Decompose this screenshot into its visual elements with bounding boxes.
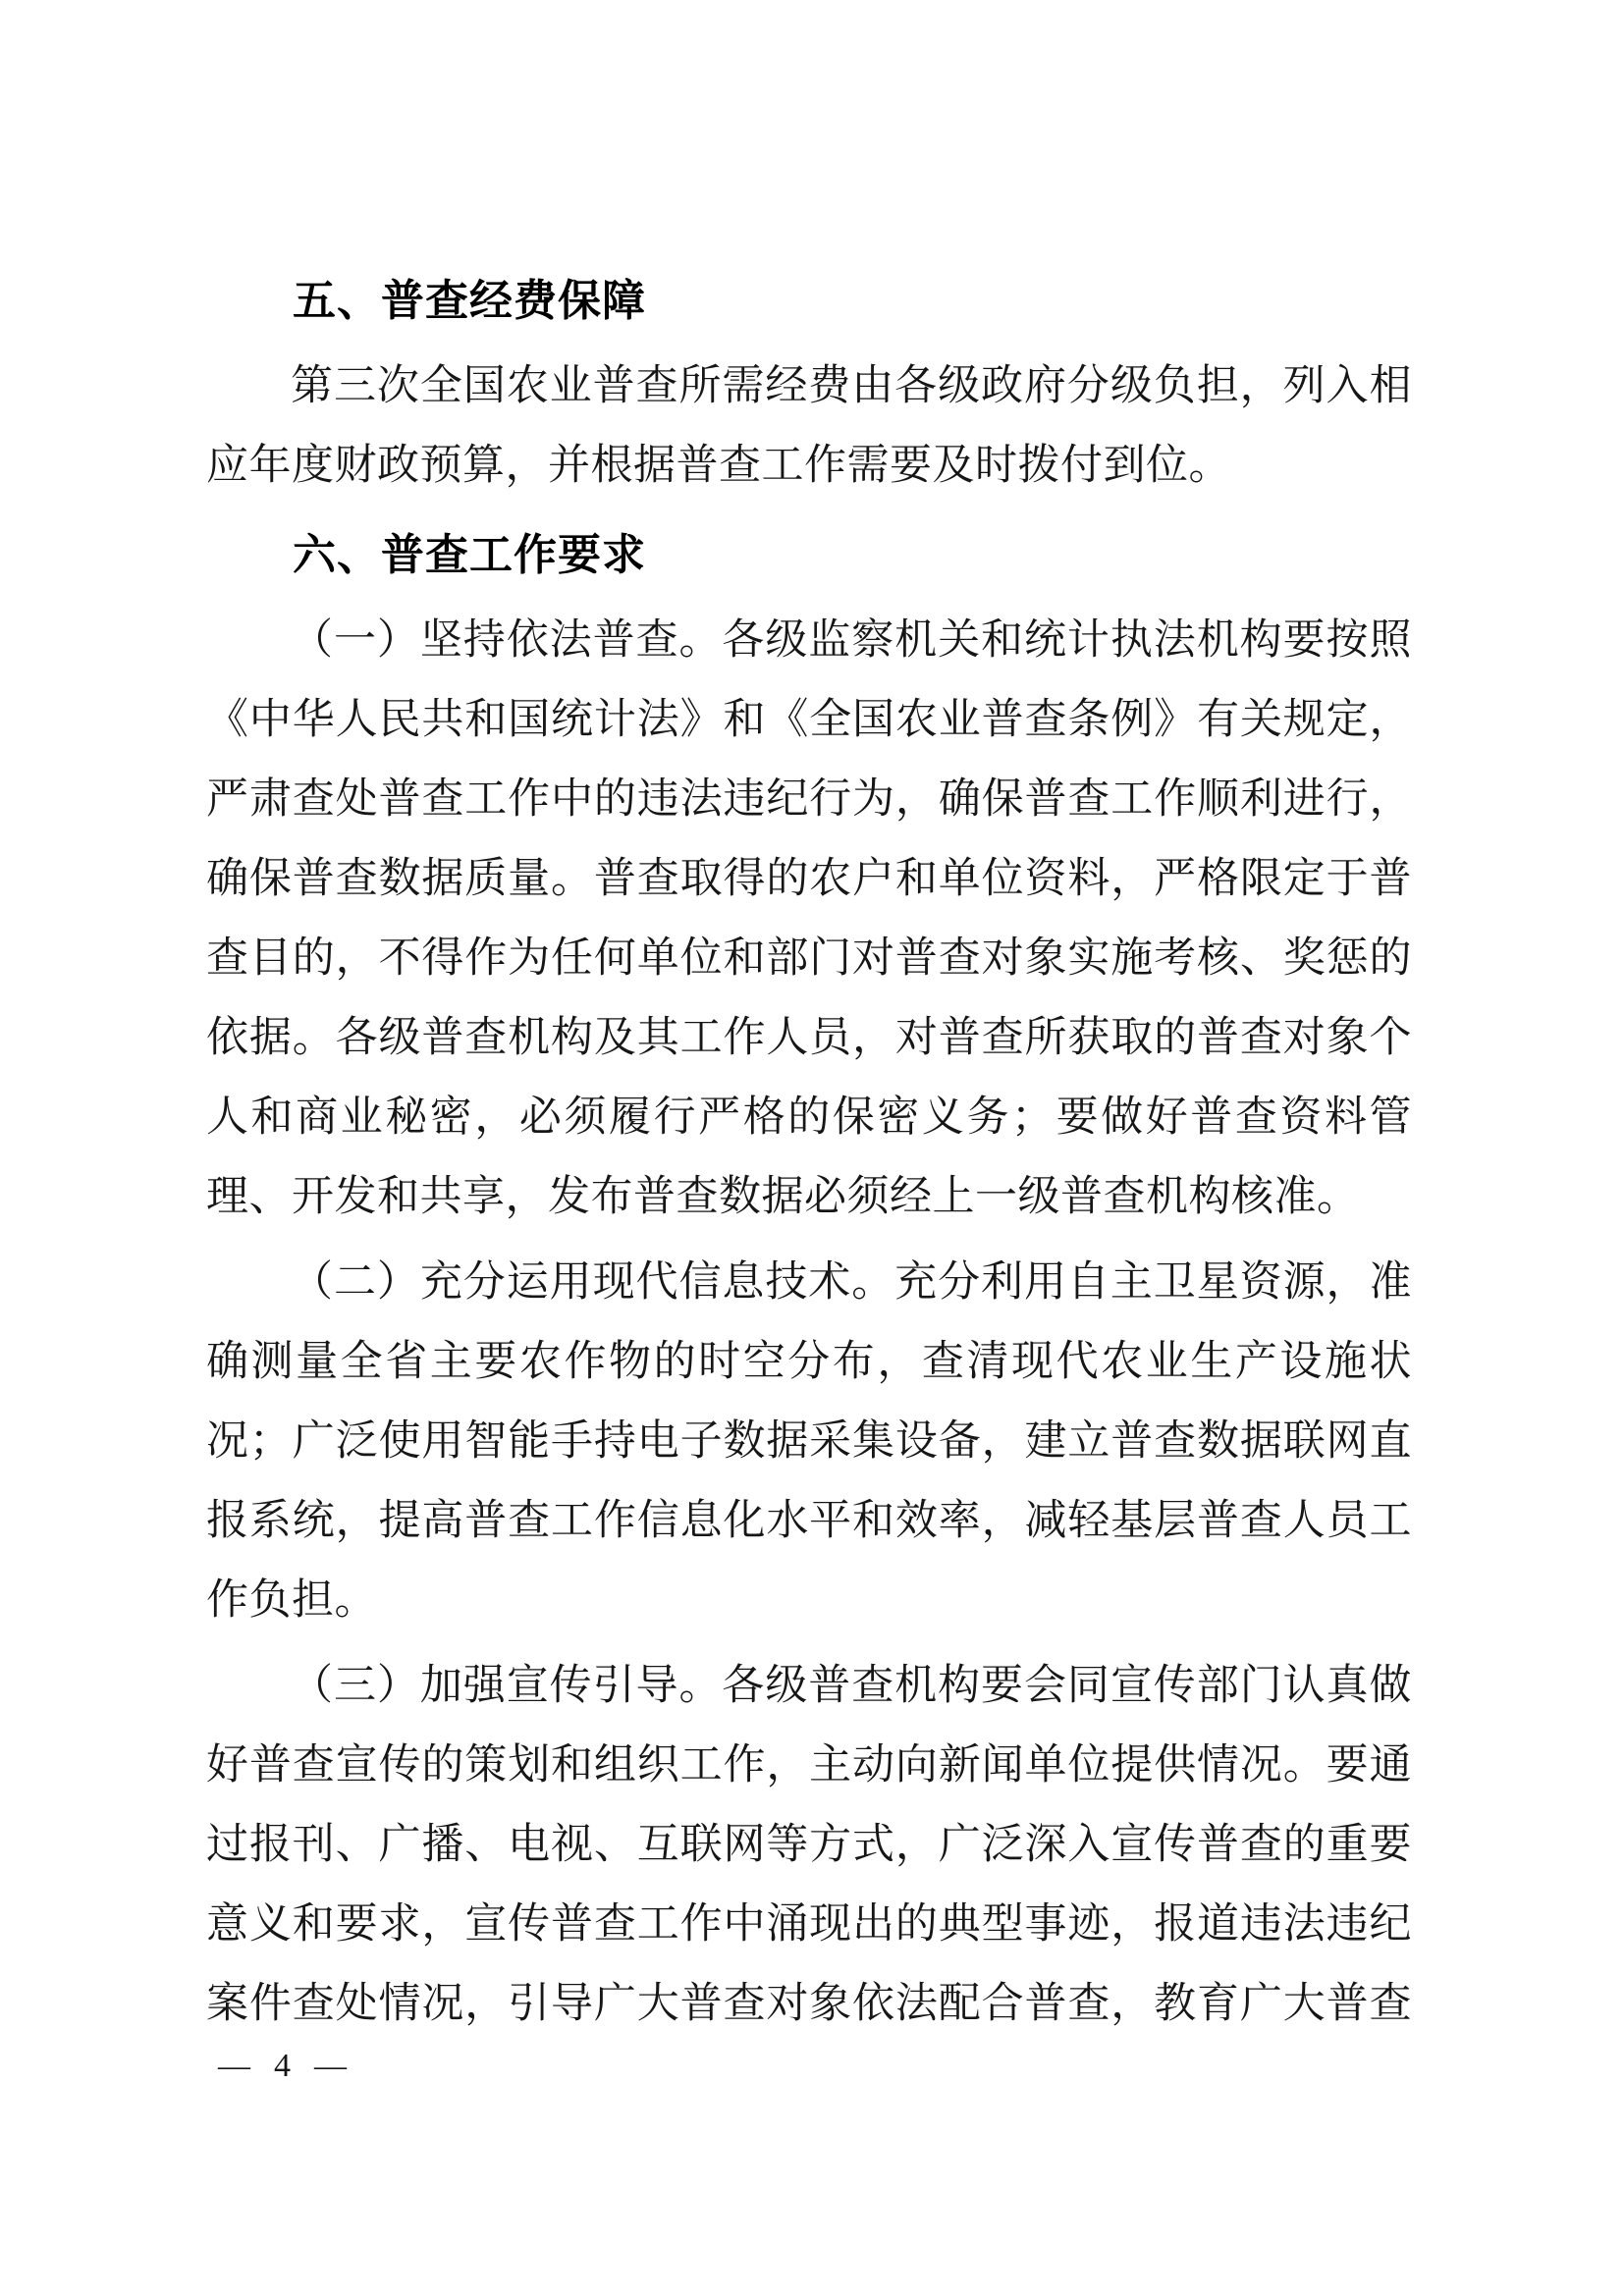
text-line: （一）坚持依法普查。各级监察机关和统计执法机构要按照: [206, 601, 1412, 680]
text-line: 意义和要求，宣传普查工作中涌现出的典型事迹，报道违法违纪: [206, 1885, 1412, 1964]
text-line: 理、开发和共享，发布普查数据必须经上一级普查机构核准。: [206, 1157, 1412, 1237]
text-line: 确保普查数据质量。普查取得的农户和单位资料，严格限定于普: [206, 839, 1412, 919]
text-line: 过报刊、广播、电视、互联网等方式，广泛深入宣传普查的重要: [206, 1805, 1412, 1885]
text-line: 人和商业秘密，必须履行严格的保密义务；要做好普查资料管: [206, 1078, 1412, 1157]
text-line: 作负担。: [206, 1561, 1412, 1640]
text-line: 报系统，提高普查工作信息化水平和效率，减轻基层普查人员工: [206, 1481, 1412, 1561]
footer-dash-left: —: [218, 2049, 250, 2085]
document-body: 五、普查经费保障第三次全国农业普查所需经费由各级政府分级负担，列入相应年度财政预…: [206, 261, 1412, 2044]
text-line: （二）充分运用现代信息技术。充分利用自主卫星资源，准: [206, 1243, 1412, 1322]
paragraph: （二）充分运用现代信息技术。充分利用自主卫星资源，准确测量全省主要农作物的时空分…: [206, 1243, 1412, 1640]
page-footer: — 4 —: [218, 2048, 347, 2085]
text-line: 况；广泛使用智能手持电子数据采集设备，建立普查数据联网直: [206, 1402, 1412, 1481]
text-line: 第三次全国农业普查所需经费由各级政府分级负担，列入相: [206, 347, 1412, 426]
text-line: 案件查处情况，引导广大普查对象依法配合普查，教育广大普查: [206, 1964, 1412, 2044]
paragraph: （一）坚持依法普查。各级监察机关和统计执法机构要按照《中华人民共和国统计法》和《…: [206, 601, 1412, 1237]
text-line: 好普查宣传的策划和组织工作，主动向新闻单位提供情况。要通: [206, 1726, 1412, 1805]
footer-dash-right: —: [314, 2049, 347, 2085]
text-line: 《中华人民共和国统计法》和《全国农业普查条例》有关规定，: [206, 680, 1412, 760]
page-number: 4: [274, 2048, 291, 2085]
document-page: 五、普查经费保障第三次全国农业普查所需经费由各级政府分级负担，列入相应年度财政预…: [0, 0, 1624, 2296]
text-line: 依据。各级普查机构及其工作人员，对普查所获取的普查对象个: [206, 998, 1412, 1078]
text-line: 严肃查处普查工作中的违法违纪行为，确保普查工作顺利进行，: [206, 760, 1412, 839]
section-heading: 五、普查经费保障: [206, 261, 1412, 341]
text-line: 查目的，不得作为任何单位和部门对普查对象实施考核、奖惩的: [206, 919, 1412, 998]
paragraph: （三）加强宣传引导。各级普查机构要会同宣传部门认真做好普查宣传的策划和组织工作，…: [206, 1646, 1412, 2044]
section-heading: 六、普查工作要求: [206, 515, 1412, 595]
text-line: 确测量全省主要农作物的时空分布，查清现代农业生产设施状: [206, 1322, 1412, 1402]
text-line: 应年度财政预算，并根据普查工作需要及时拨付到位。: [206, 426, 1412, 506]
text-line: （三）加强宣传引导。各级普查机构要会同宣传部门认真做: [206, 1646, 1412, 1726]
paragraph: 第三次全国农业普查所需经费由各级政府分级负担，列入相应年度财政预算，并根据普查工…: [206, 347, 1412, 506]
